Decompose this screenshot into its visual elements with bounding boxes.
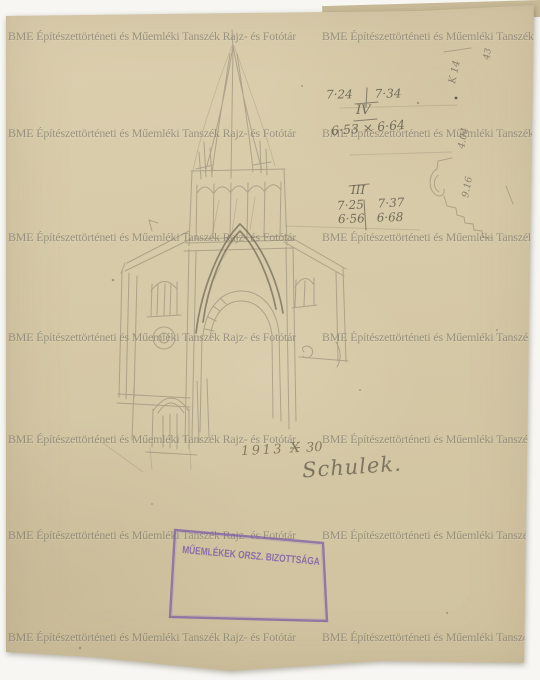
paper-shadow: BME Építészettörténeti és Műemléki Tansz…: [0, 0, 540, 680]
archival-scan: { "watermark": { "text": "BME Építészett…: [0, 0, 540, 680]
archive-stamp: MŰEMLÉKEK ORSZ. BIZOTTSÁGA: [0, 0, 540, 680]
drawing-sheet: BME Építészettörténeti és Műemléki Tansz…: [0, 0, 540, 680]
stamp-text: MŰEMLÉKEK ORSZ. BIZOTTSÁGA: [182, 543, 321, 568]
